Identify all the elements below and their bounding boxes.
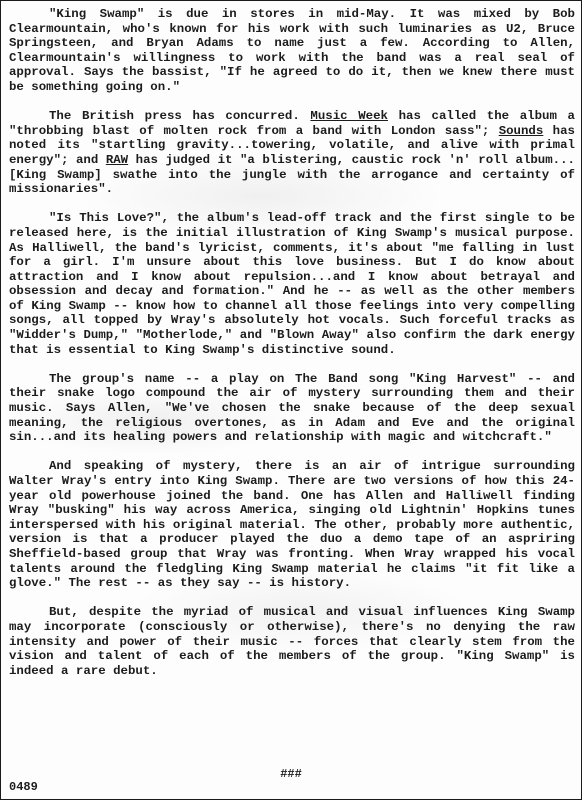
paragraph: But, despite the myriad of musical and v… <box>9 605 575 678</box>
paragraph: "King Swamp" is due in stores in mid-May… <box>9 7 575 95</box>
paragraph-text: "Is This Love?", the album's lead-off tr… <box>9 211 575 356</box>
paragraph: And speaking of mystery, there is an air… <box>9 459 575 590</box>
end-mark: ### <box>1 767 581 781</box>
document-page: "King Swamp" is due in stores in mid-May… <box>0 0 582 800</box>
publication-title: RAW <box>106 153 128 167</box>
paragraph: "Is This Love?", the album's lead-off tr… <box>9 211 575 357</box>
paragraph-text: And speaking of mystery, there is an air… <box>9 459 575 590</box>
paragraph: The group's name -- a play on The Band s… <box>9 372 575 445</box>
publication-title: Music Week <box>310 109 388 123</box>
paragraph-text: The British press has concurred. <box>49 109 310 123</box>
document-number: 0489 <box>9 780 38 794</box>
paragraph-text: "King Swamp" is due in stores in mid-May… <box>9 7 575 94</box>
publication-title: Sounds <box>499 124 544 138</box>
paragraph: The British press has concurred. Music W… <box>9 109 575 197</box>
press-release-body: "King Swamp" is due in stores in mid-May… <box>9 7 575 693</box>
paragraph-text: The group's name -- a play on The Band s… <box>9 372 575 444</box>
paragraph-text: But, despite the myriad of musical and v… <box>9 605 575 677</box>
